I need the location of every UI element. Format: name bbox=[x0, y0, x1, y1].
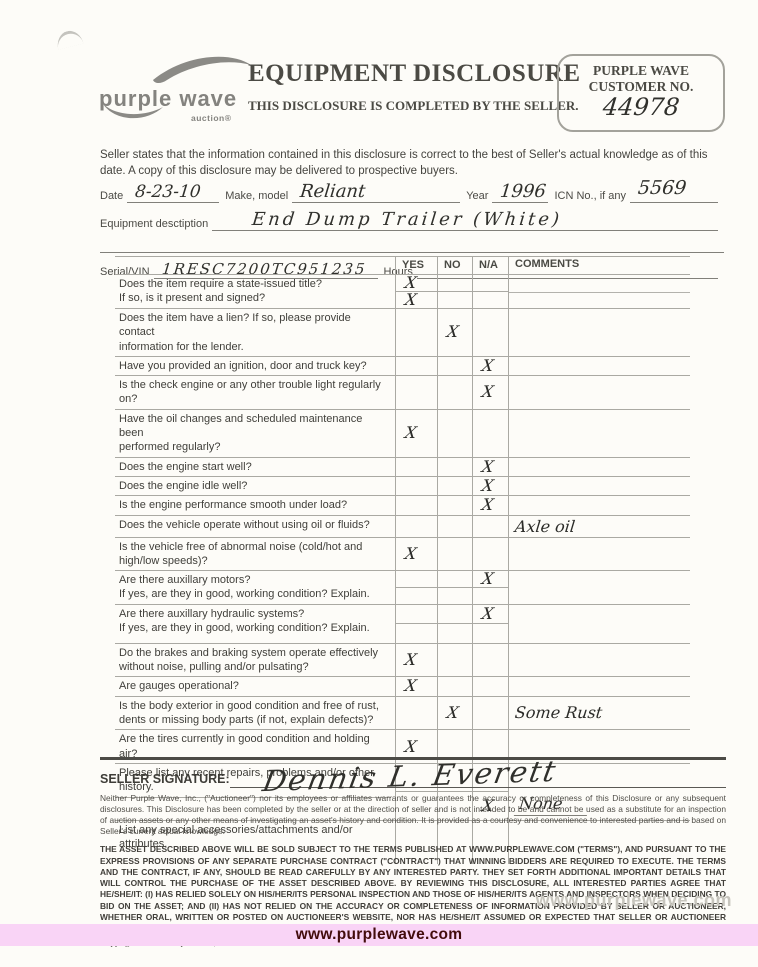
no-cell bbox=[437, 477, 472, 495]
no-cell bbox=[437, 605, 472, 643]
question-text: If so, is it present and signed? bbox=[119, 291, 389, 305]
comments-cell bbox=[508, 357, 690, 375]
customer-number-value: 44978 bbox=[602, 95, 681, 119]
legal-disclaimer: Neither Purple Wave, Inc., ("Auctioneer"… bbox=[100, 793, 726, 837]
question-cell: Is the check engine or any other trouble… bbox=[115, 376, 395, 409]
na-cell: X bbox=[472, 605, 508, 643]
no-cell bbox=[437, 410, 472, 457]
yes-cell: X bbox=[395, 538, 437, 571]
question-cell: Are there auxillary motors?If yes, are t… bbox=[115, 571, 395, 604]
logo-wordmark: purple wave bbox=[99, 86, 237, 112]
page-subtitle: THIS DISCLOSURE IS COMPLETED BY THE SELL… bbox=[248, 98, 553, 114]
question-cell: Does the vehicle operate without using o… bbox=[115, 516, 395, 537]
comments-cell: Axle oil bbox=[508, 516, 690, 537]
question-cell: Does the engine start well? bbox=[115, 458, 395, 476]
year-label: Year bbox=[466, 190, 488, 203]
na-cell bbox=[472, 644, 508, 677]
na-cell: X bbox=[472, 458, 508, 476]
make-model-field: Reliant bbox=[292, 186, 460, 203]
comments-cell bbox=[508, 644, 690, 677]
handwritten-x-mark: X bbox=[404, 546, 418, 562]
question-text: Does the item have a lien? If so, please… bbox=[119, 311, 389, 340]
no-cell bbox=[437, 376, 472, 409]
customer-number-label-line1: PURPLE WAVE bbox=[559, 63, 723, 79]
na-cell bbox=[472, 538, 508, 571]
question-text: Are there auxillary hydraulic systems? bbox=[119, 607, 389, 621]
question-text: Does the engine start well? bbox=[119, 460, 389, 474]
table-row: Do the brakes and braking system operate… bbox=[115, 643, 690, 677]
seller-statement: Seller states that the information conta… bbox=[100, 148, 726, 180]
comments-cell bbox=[508, 496, 690, 514]
equipment-description-label: Equipment desctiption bbox=[100, 218, 208, 231]
na-cell: X bbox=[472, 571, 508, 604]
question-cell: Have the oil changes and scheduled maint… bbox=[115, 410, 395, 457]
table-row: Are there auxillary motors?If yes, are t… bbox=[115, 570, 690, 604]
date-field: 8-23-10 bbox=[127, 186, 219, 203]
handwritten-x-mark: X bbox=[481, 606, 495, 622]
field-row-description: Equipment desctiption End Dump Trailer (… bbox=[100, 214, 724, 231]
description-continuation-line bbox=[100, 242, 724, 253]
handwritten-x-mark: X bbox=[481, 497, 495, 513]
seller-signature-label: SELLER SIGNATURE: bbox=[100, 772, 230, 788]
yes-cell bbox=[395, 571, 437, 604]
handwritten-x-mark: X bbox=[404, 739, 418, 755]
question-text: Have you provided an ignition, door and … bbox=[119, 359, 389, 373]
handwritten-x-mark: X bbox=[404, 652, 418, 668]
date-value: 8-23-10 bbox=[134, 184, 201, 201]
question-text: Is the engine performance smooth under l… bbox=[119, 498, 389, 512]
yes-cell bbox=[395, 516, 437, 537]
table-row: Is the body exterior in good condition a… bbox=[115, 696, 690, 730]
question-cell: Is the vehicle free of abnormal noise (c… bbox=[115, 538, 395, 571]
no-cell bbox=[437, 516, 472, 537]
handwritten-x-mark: X bbox=[481, 384, 495, 400]
question-text: Are there auxillary motors? bbox=[119, 573, 389, 587]
logo-tagline: auction® bbox=[191, 113, 232, 123]
comments-cell bbox=[508, 309, 690, 356]
year-value: 1996 bbox=[500, 183, 548, 201]
make-model-value: Reliant bbox=[299, 183, 366, 201]
comments-cell bbox=[508, 571, 690, 604]
question-text: Have the oil changes and scheduled maint… bbox=[119, 412, 389, 441]
handwritten-x-mark: X bbox=[404, 292, 418, 308]
yes-cell bbox=[395, 605, 437, 643]
question-text: Does the vehicle operate without using o… bbox=[119, 518, 389, 532]
table-row: Does the item have a lien? If so, please… bbox=[115, 308, 690, 356]
seller-signature-line: Dennis L. Everett bbox=[230, 761, 726, 788]
question-cell: Is the body exterior in good condition a… bbox=[115, 697, 395, 730]
no-cell bbox=[437, 458, 472, 476]
handwritten-x-mark: X bbox=[446, 324, 460, 340]
yes-cell: XX bbox=[395, 275, 437, 308]
footer-url: www.purplewave.com bbox=[296, 926, 463, 943]
customer-number-box: PURPLE WAVE CUSTOMER NO. 44978 bbox=[557, 54, 725, 132]
table-header-yes: YES bbox=[395, 257, 437, 274]
question-cell: Does the engine idle well? bbox=[115, 477, 395, 495]
equipment-description-value: End Dump Trailer (White) bbox=[251, 211, 563, 229]
handwritten-x-mark: X bbox=[481, 358, 495, 374]
icn-label: ICN No., if any bbox=[554, 190, 626, 203]
no-cell bbox=[437, 677, 472, 695]
table-row: Does the engine idle well?X bbox=[115, 476, 690, 495]
page-title: EQUIPMENT DISCLOSURE bbox=[248, 60, 553, 88]
question-text: Are gauges operational? bbox=[119, 679, 389, 693]
table-header-na: N/A bbox=[472, 257, 508, 274]
handwritten-x-mark: X bbox=[446, 705, 460, 721]
question-text: Does the engine idle well? bbox=[119, 479, 389, 493]
question-cell: Is the engine performance smooth under l… bbox=[115, 496, 395, 514]
na-cell bbox=[472, 677, 508, 695]
na-cell bbox=[472, 309, 508, 356]
no-cell bbox=[437, 571, 472, 604]
scan-artifact-mark bbox=[54, 28, 83, 50]
table-row: Are gauges operational?X bbox=[115, 676, 690, 695]
purple-wave-logo: purple wave auction® bbox=[93, 50, 268, 134]
comments-cell bbox=[508, 376, 690, 409]
table-row: Is the vehicle free of abnormal noise (c… bbox=[115, 537, 690, 571]
icn-field: 5569 bbox=[630, 186, 718, 203]
seller-signature-value: Dennis L. Everett bbox=[260, 757, 559, 796]
table-header-comments: COMMENTS bbox=[508, 257, 690, 274]
yes-cell: X bbox=[395, 410, 437, 457]
field-row-date-make-year-icn: Date 8-23-10 Make, model Reliant Year 19… bbox=[100, 186, 724, 203]
question-cell: Does the item require a state-issued tit… bbox=[115, 275, 395, 308]
na-cell: X bbox=[472, 376, 508, 409]
na-cell: X bbox=[472, 496, 508, 514]
form-titles: EQUIPMENT DISCLOSURE THIS DISCLOSURE IS … bbox=[248, 60, 553, 114]
no-cell bbox=[437, 644, 472, 677]
comments-cell bbox=[508, 605, 690, 643]
question-text: Does the item require a state-issued tit… bbox=[119, 277, 389, 291]
comments-cell bbox=[508, 538, 690, 571]
no-cell: X bbox=[437, 697, 472, 730]
table-row: Does the item require a state-issued tit… bbox=[115, 275, 690, 308]
no-cell bbox=[437, 357, 472, 375]
watermark-text: www.purplewave.com bbox=[536, 890, 732, 911]
date-label: Date bbox=[100, 190, 123, 203]
comments-cell bbox=[508, 458, 690, 476]
na-cell: X bbox=[472, 357, 508, 375]
scanned-disclosure-form: purple wave auction® EQUIPMENT DISCLOSUR… bbox=[0, 0, 758, 967]
no-cell bbox=[437, 496, 472, 514]
handwritten-x-mark: X bbox=[481, 571, 495, 587]
question-cell: Does the item have a lien? If so, please… bbox=[115, 309, 395, 356]
handwritten-x-mark: X bbox=[404, 425, 418, 441]
table-header-question bbox=[115, 257, 395, 274]
yes-cell bbox=[395, 458, 437, 476]
yes-cell bbox=[395, 697, 437, 730]
yes-cell bbox=[395, 477, 437, 495]
handwritten-x-mark: X bbox=[404, 275, 418, 291]
question-cell: Are there auxillary hydraulic systems?If… bbox=[115, 605, 395, 643]
table-row: Is the engine performance smooth under l… bbox=[115, 495, 690, 514]
na-cell bbox=[472, 516, 508, 537]
yes-cell bbox=[395, 357, 437, 375]
handwritten-x-mark: X bbox=[481, 478, 495, 494]
question-text: dents or missing body parts (if not, exp… bbox=[119, 713, 389, 727]
comments-cell: Some Rust bbox=[508, 697, 690, 730]
handwritten-x-mark: X bbox=[404, 678, 418, 694]
table-row: Does the vehicle operate without using o… bbox=[115, 515, 690, 537]
icn-value: 5569 bbox=[637, 179, 687, 198]
table-row: Have the oil changes and scheduled maint… bbox=[115, 409, 690, 457]
na-cell bbox=[472, 275, 508, 308]
signature-section: SELLER SIGNATURE: Dennis L. Everett Neit… bbox=[100, 757, 726, 947]
na-cell bbox=[472, 410, 508, 457]
table-row: Is the check engine or any other trouble… bbox=[115, 375, 690, 409]
question-text: If yes, are they in good, working condit… bbox=[119, 621, 389, 635]
footer-url-band: www.purplewave.com bbox=[0, 924, 758, 946]
question-cell: Are gauges operational? bbox=[115, 677, 395, 695]
equipment-description-field: End Dump Trailer (White) bbox=[212, 214, 718, 231]
comments-cell bbox=[508, 477, 690, 495]
question-text: Do the brakes and braking system operate… bbox=[119, 646, 389, 660]
no-cell: X bbox=[437, 309, 472, 356]
table-header-no: NO bbox=[437, 257, 472, 274]
na-cell bbox=[472, 697, 508, 730]
no-cell bbox=[437, 275, 472, 308]
comments-cell bbox=[508, 410, 690, 457]
comments-cell bbox=[508, 275, 690, 308]
handwritten-comment: Axle oil bbox=[514, 517, 576, 536]
question-text: Is the body exterior in good condition a… bbox=[119, 699, 389, 713]
question-text: performed regularly? bbox=[119, 440, 389, 454]
question-text: without noise, pulling and/or pulsating? bbox=[119, 660, 389, 674]
question-text: If yes, are they in good, working condit… bbox=[119, 587, 389, 601]
table-row: Does the engine start well?X bbox=[115, 457, 690, 476]
yes-cell: X bbox=[395, 644, 437, 677]
na-cell: X bbox=[472, 477, 508, 495]
table-row: Are there auxillary hydraulic systems?If… bbox=[115, 604, 690, 643]
yes-cell bbox=[395, 309, 437, 356]
handwritten-x-mark: X bbox=[481, 459, 495, 475]
question-text: Is the check engine or any other trouble… bbox=[119, 378, 389, 407]
no-cell bbox=[437, 538, 472, 571]
yes-cell bbox=[395, 376, 437, 409]
question-cell: Have you provided an ignition, door and … bbox=[115, 357, 395, 375]
year-field: 1996 bbox=[492, 186, 548, 203]
table-header-row: YES NO N/A COMMENTS bbox=[115, 256, 690, 275]
question-cell: Do the brakes and braking system operate… bbox=[115, 644, 395, 677]
yes-cell bbox=[395, 496, 437, 514]
yes-cell: X bbox=[395, 677, 437, 695]
question-text: information for the lender. bbox=[119, 340, 389, 354]
make-model-label: Make, model bbox=[225, 190, 288, 203]
question-text: Is the vehicle free of abnormal noise (c… bbox=[119, 540, 389, 569]
table-row: Have you provided an ignition, door and … bbox=[115, 356, 690, 375]
signature-row: SELLER SIGNATURE: Dennis L. Everett bbox=[100, 762, 726, 788]
handwritten-comment: Some Rust bbox=[514, 703, 603, 722]
comments-cell bbox=[508, 677, 690, 695]
